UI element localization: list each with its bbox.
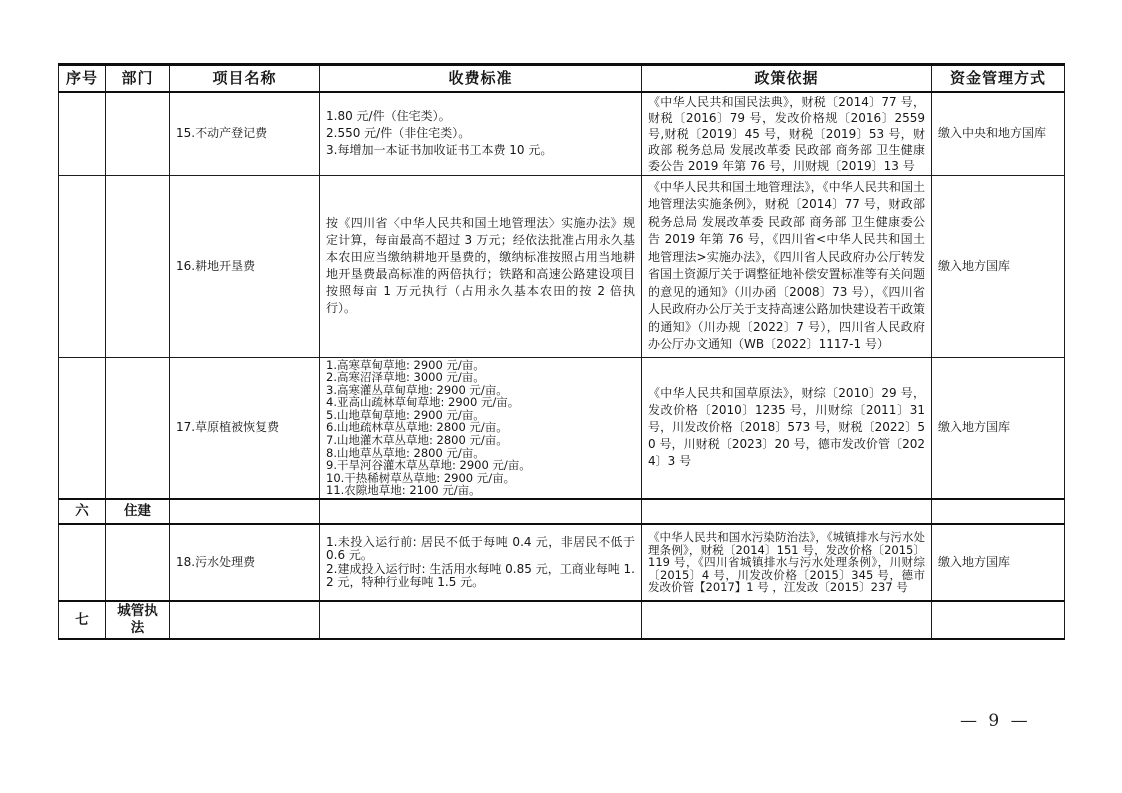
cell-fee-standard: 1.高寒草甸草地: 2900 元/亩。 2.高寒沼泽草地: 3000 元/亩。 …	[320, 357, 642, 499]
cell-seq: 六	[59, 499, 106, 524]
cell-dept	[106, 357, 170, 499]
cell-dept: 住建	[106, 499, 170, 524]
cell-policy-basis: 《中华人民共和国民法典》，财税〔2014〕77 号，财税〔2016〕79 号，发…	[642, 92, 932, 176]
cell-fund-management: 缴入地方国库	[932, 524, 1065, 601]
page-number: — 9 —	[960, 711, 1031, 731]
cell-policy-basis: 《中华人民共和国土地管理法》，《中华人民共和国土地管理法实施条例》，财税〔201…	[642, 175, 932, 357]
cell-dept	[106, 175, 170, 357]
cell-fund-management	[932, 499, 1065, 524]
cell-project-name: 15.不动产登记费	[170, 92, 320, 176]
cell-seq	[59, 357, 106, 499]
header-fund-management: 资金管理方式	[932, 65, 1065, 92]
cell-project-name: 17.草原植被恢复费	[170, 357, 320, 499]
cell-fee-standard	[320, 601, 642, 639]
cell-dept: 城管执法	[106, 601, 170, 639]
table-row: 16.耕地开垦费 按《四川省〈中华人民共和国土地管理法〉实施办法》规定计算，每亩…	[59, 175, 1065, 357]
header-dept: 部门	[106, 65, 170, 92]
cell-fee-standard: 1.未投入运行前: 居民不低于每吨 0.4 元，非居民不低于 0.6 元。 2.…	[320, 524, 642, 601]
cell-fund-management: 缴入中央和地方国库	[932, 92, 1065, 176]
header-fee-standard: 收费标准	[320, 65, 642, 92]
header-policy-basis: 政策依据	[642, 65, 932, 92]
section-row: 六 住建	[59, 499, 1065, 524]
table-row: 17.草原植被恢复费 1.高寒草甸草地: 2900 元/亩。 2.高寒沼泽草地:…	[59, 357, 1065, 499]
section-row: 七 城管执法	[59, 601, 1065, 639]
header-seq: 序号	[59, 65, 106, 92]
cell-project-name: 16.耕地开垦费	[170, 175, 320, 357]
table-row: 18.污水处理费 1.未投入运行前: 居民不低于每吨 0.4 元，非居民不低于 …	[59, 524, 1065, 601]
cell-policy-basis	[642, 601, 932, 639]
header-project-name: 项目名称	[170, 65, 320, 92]
cell-dept	[106, 524, 170, 601]
cell-seq	[59, 175, 106, 357]
cell-policy-basis: 《中华人民共和国水污染防治法》，《城镇排水与污水处理条例》，财税〔2014〕15…	[642, 524, 932, 601]
cell-policy-basis: 《中华人民共和国草原法》，财综〔2010〕29 号，发改价格〔2010〕1235…	[642, 357, 932, 499]
cell-fee-standard: 按《四川省〈中华人民共和国土地管理法〉实施办法》规定计算，每亩最高不超过 3 万…	[320, 175, 642, 357]
cell-fee-standard	[320, 499, 642, 524]
cell-fund-management: 缴入地方国库	[932, 175, 1065, 357]
cell-seq	[59, 524, 106, 601]
cell-project-name: 18.污水处理费	[170, 524, 320, 601]
cell-project-name	[170, 601, 320, 639]
cell-seq	[59, 92, 106, 176]
document-page: 序号 部门 项目名称 收费标准 政策依据 资金管理方式 15.不动产登记费 1.…	[0, 0, 1122, 793]
cell-dept	[106, 92, 170, 176]
cell-project-name	[170, 499, 320, 524]
cell-policy-basis	[642, 499, 932, 524]
table-row: 15.不动产登记费 1.80 元/件（住宅类）。 2.550 元/件（非住宅类）…	[59, 92, 1065, 176]
fee-schedule-table: 序号 部门 项目名称 收费标准 政策依据 资金管理方式 15.不动产登记费 1.…	[58, 63, 1065, 640]
cell-fund-management	[932, 601, 1065, 639]
table-header-row: 序号 部门 项目名称 收费标准 政策依据 资金管理方式	[59, 65, 1065, 92]
cell-fee-standard: 1.80 元/件（住宅类）。 2.550 元/件（非住宅类）。 3.每增加一本证…	[320, 92, 642, 176]
cell-fund-management: 缴入地方国库	[932, 357, 1065, 499]
cell-seq: 七	[59, 601, 106, 639]
